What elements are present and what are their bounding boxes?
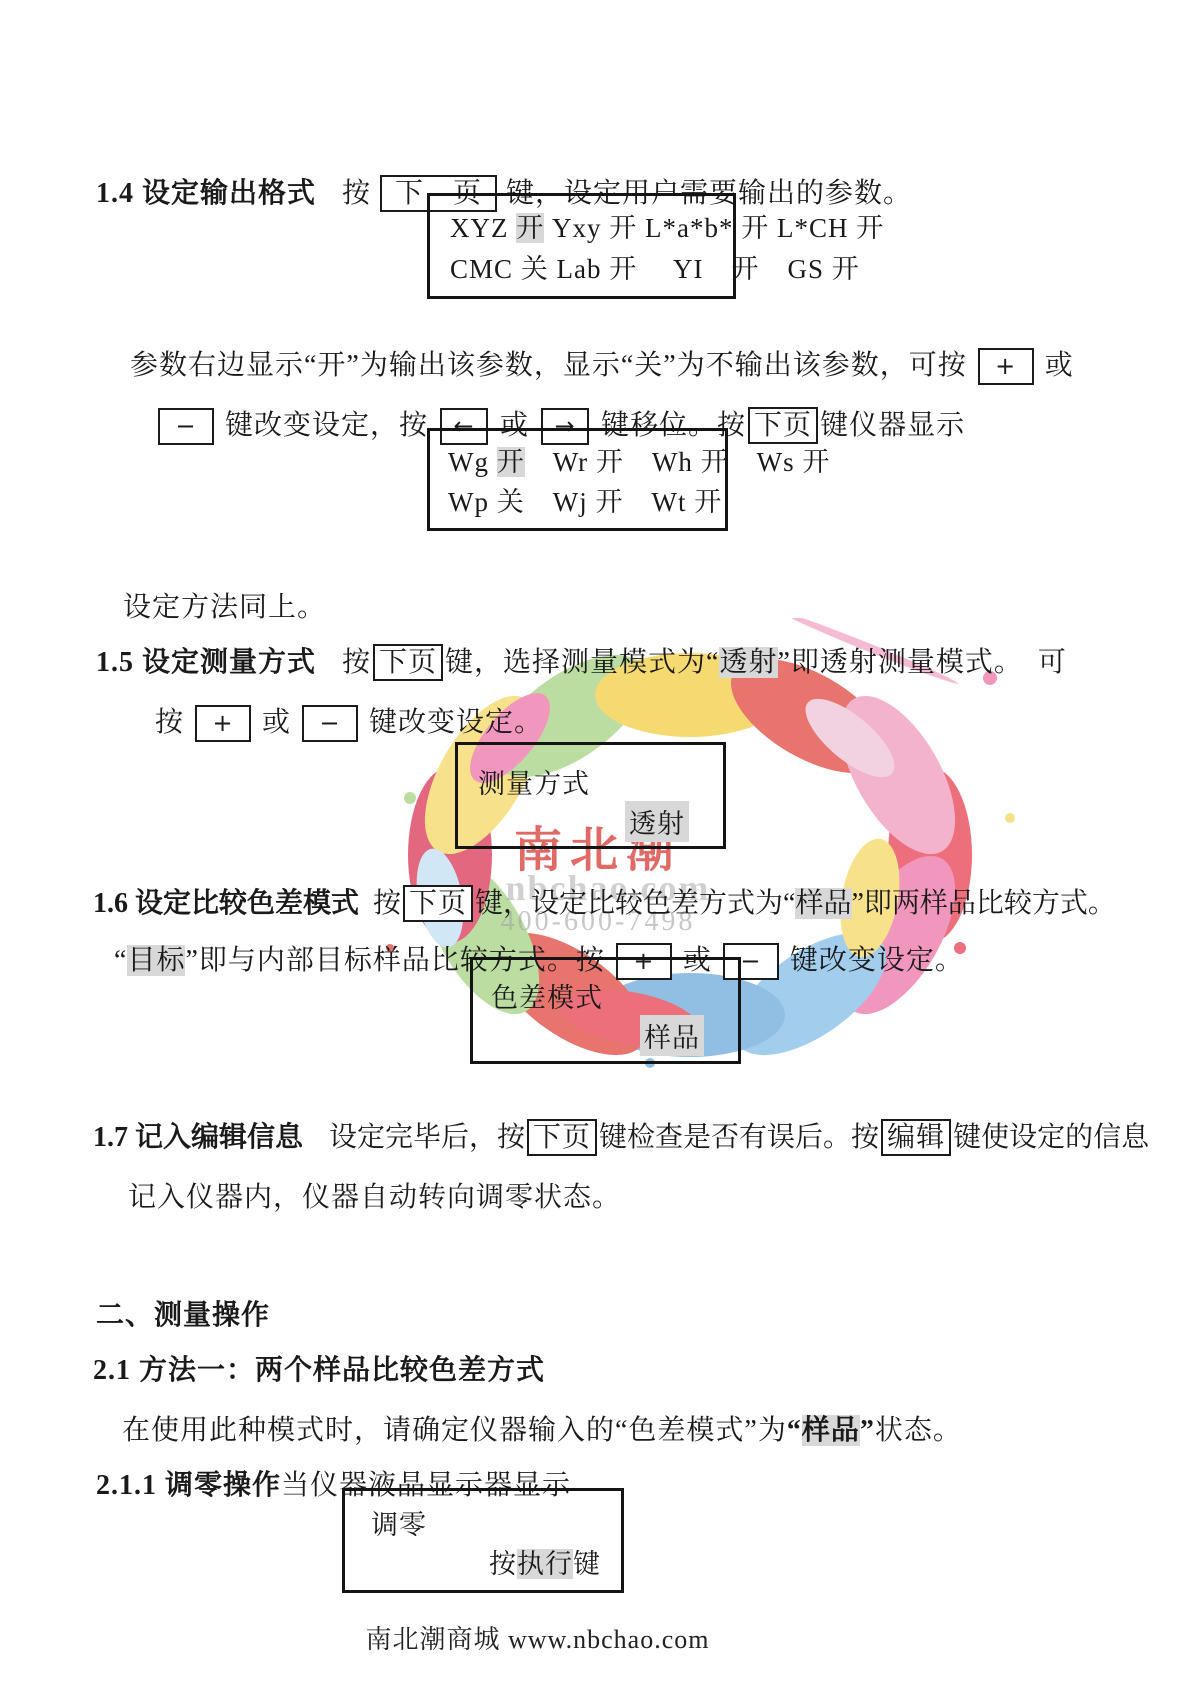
text-run: ”即两样品比较方式。 <box>852 888 1116 919</box>
highlighted-term: 样品 <box>795 888 851 919</box>
lcd-display-measure-mode: 测量方式 透射 <box>455 742 726 849</box>
text-run: “ <box>787 1415 802 1446</box>
heading-text: 2.1.1 调零操作 <box>96 1470 281 1501</box>
heading-text: 二、测量操作 <box>96 1300 270 1331</box>
text-run: 按 <box>155 707 184 738</box>
plus-key: + <box>195 705 251 742</box>
text-run: Wr 开 Wh 开 Ws 开 <box>525 447 831 477</box>
text-run: 键改变设定，按 <box>225 410 428 441</box>
lcd-display-zero-adjust: 调零 按执行键 <box>342 1488 624 1593</box>
paint-droplet <box>1005 813 1015 823</box>
lcd-line: Wp 关 Wj 开 Wt 开 <box>448 480 722 519</box>
heading-text: 2.1 方法一：两个样品比较色差方式 <box>93 1355 545 1386</box>
highlighted-term: 样品 <box>802 1415 860 1446</box>
minus-key: − <box>302 705 358 742</box>
paint-droplet <box>404 792 416 804</box>
cursor-highlight: 开 <box>497 447 525 477</box>
lcd-display-whiteness-params: Wg 开 Wr 开 Wh 开 Ws 开 Wp 关 Wj 开 Wt 开 <box>427 428 728 531</box>
paragraph-record-info: 记入仪器内，仪器自动转向调零状态。 <box>128 1178 621 1218</box>
heading-text: 1.4 设定输出格式 <box>96 178 316 209</box>
text-run: ”即透射测量模式。 可 <box>778 647 1067 678</box>
heading-text: 1.5 设定测量方式 <box>96 647 316 678</box>
lcd-display-output-params: XYZ 开 Yxy 开 L*a*b* 开 L*CH 开 CMC 关 Lab 开 … <box>427 193 736 299</box>
lcd-label: 调零 <box>367 1502 431 1543</box>
text-run: ” <box>860 1415 875 1446</box>
next-page-key: 下页 <box>403 885 473 922</box>
text-run: 键检查是否有误后。按 <box>599 1122 879 1153</box>
lcd-display-colordiff-mode: 色差模式 样品 <box>470 957 741 1064</box>
paragraph-same-method: 设定方法同上。 <box>123 588 326 628</box>
highlighted-term: 透射 <box>719 647 777 678</box>
lcd-value: 透射 <box>625 801 689 842</box>
cursor-highlight: 开 <box>516 213 544 243</box>
section-2-1-heading: 2.1 方法一：两个样品比较色差方式 <box>93 1351 545 1391</box>
text-run: “ <box>114 945 127 976</box>
text-run: 键使设定的信息 <box>953 1122 1149 1153</box>
text-run: 在使用此种模式时，请确定仪器输入的“色差模式”为 <box>122 1415 787 1446</box>
text-run: 设定方法同上。 <box>123 592 326 623</box>
text-run: 状态。 <box>875 1415 962 1446</box>
text-run: 或 <box>1045 350 1074 381</box>
next-page-key: 下页 <box>527 1119 597 1156</box>
text-run: Wg <box>448 447 497 477</box>
text-run: 键，设定比较色差方式为“ <box>475 888 795 919</box>
text-run: Wp 关 Wj 开 Wt 开 <box>448 487 722 517</box>
text-run: 键 <box>573 1549 601 1579</box>
heading-text: 1.6 设定比较色差模式 <box>93 888 359 919</box>
text-run: Yxy 开 L*a*b* 开 L*CH 开 <box>544 213 884 243</box>
minus-key: − <box>158 408 214 445</box>
plus-key: + <box>978 348 1034 385</box>
text-run: 键改变设定。 <box>369 707 543 738</box>
text-run: 键仪器显示 <box>820 410 965 441</box>
next-page-key: 下页 <box>373 644 443 681</box>
text-run: 记入仪器内，仪器自动转向调零状态。 <box>128 1182 621 1213</box>
text-run: 设定完毕后，按 <box>329 1122 525 1153</box>
text-run: 键，选择测量模式为“ <box>445 647 719 678</box>
section-1-6-heading: 1.6 设定比较色差模式按下页键，设定比较色差方式为“样品”即两样品比较方式。 <box>93 884 1116 924</box>
section-1-5-heading: 1.5 设定测量方式按下页键，选择测量模式为“透射”即透射测量模式。 可 <box>96 643 1067 683</box>
text-run: XYZ <box>450 213 516 243</box>
paragraph-output-toggle: 参数右边显示“开”为输出该参数，显示“关”为不输出该参数，可按+或 <box>130 346 1074 386</box>
lcd-value: 样品 <box>640 1015 704 1056</box>
lcd-value: 按执行键 <box>489 1542 601 1581</box>
next-page-key: 下页 <box>748 407 818 444</box>
lcd-line: XYZ 开 Yxy 开 L*a*b* 开 L*CH 开 <box>450 206 884 245</box>
lcd-label: 测量方式 <box>474 761 594 802</box>
edit-key: 编辑 <box>881 1119 951 1156</box>
page-footer: 南北潮商城 www.nbchao.com <box>0 1620 1075 1660</box>
text-run: 或 <box>262 707 291 738</box>
text-run: 按 <box>342 647 371 678</box>
paragraph-mode-check: 在使用此种模式时，请确定仪器输入的“色差模式”为“样品”状态。 <box>122 1411 962 1451</box>
text-run: 按 <box>373 888 401 919</box>
section-2-heading: 二、测量操作 <box>96 1296 270 1336</box>
highlighted-term: 目标 <box>127 945 185 976</box>
text-run: 按 <box>489 1549 517 1579</box>
text-run: 键改变设定。 <box>790 945 964 976</box>
text-run: 参数右边显示“开”为输出该参数，显示“关”为不输出该参数，可按 <box>130 350 967 381</box>
lcd-line: CMC 关 Lab 开 YI 开 GS 开 <box>450 247 860 286</box>
highlighted-term: 执行 <box>517 1549 573 1579</box>
manual-page: 南北潮 nbchao.com 400-600-7498 1.4 设定输出格式按下… <box>0 0 1200 1704</box>
lcd-label: 色差模式 <box>487 975 607 1016</box>
heading-text: 1.7 记入编辑信息 <box>93 1122 303 1153</box>
paragraph-change-setting: 按+或−键改变设定。 <box>155 703 543 743</box>
text-run: 按 <box>342 178 371 209</box>
lcd-line: Wg 开 Wr 开 Wh 开 Ws 开 <box>448 440 830 479</box>
text-run: CMC 关 Lab 开 YI 开 GS 开 <box>450 254 860 284</box>
section-1-7-heading: 1.7 记入编辑信息设定完毕后，按下页键检查是否有误后。按编辑键使设定的信息 <box>93 1118 1149 1158</box>
footer-text: 南北潮商城 www.nbchao.com <box>366 1625 710 1654</box>
